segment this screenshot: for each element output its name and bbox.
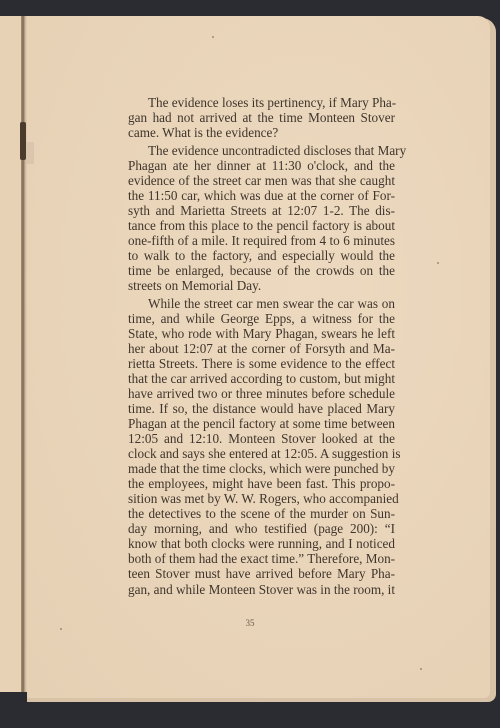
text-line: The evidence loses its pertinency, if Ma…	[108, 95, 395, 110]
paper-speck	[60, 628, 62, 630]
text-line: tance from this place to the pencil fact…	[108, 218, 395, 233]
text-line: made that the time clocks, which were pu…	[108, 461, 395, 476]
text-line: State, who rode with Mary Phagan, swears…	[108, 326, 395, 341]
text-line: gan, and while Monteen Stover was in the…	[108, 582, 395, 597]
text-line: day morning, and who testified (page 200…	[108, 521, 395, 536]
text-line: rietta Streets. There is some evidence t…	[108, 356, 395, 371]
text-line: time, and while George Epps, a witness f…	[108, 311, 395, 326]
text-line: the employees, might have been fast. Thi…	[108, 476, 395, 491]
text-line: one-fifth of a mile. It required from 4 …	[108, 233, 395, 248]
binding-tab	[26, 142, 34, 164]
paragraph-2: The evidence uncontradicted discloses th…	[108, 143, 395, 293]
text-line: her about 12:07 at the corner of Forsyth…	[108, 341, 395, 356]
text-line: both of them had the exact time.” Theref…	[108, 551, 395, 566]
text-line: gan had not arrived at the time Monteen …	[108, 110, 395, 125]
text-line: 12:05 and 12:10. Monteen Stover looked a…	[108, 431, 395, 446]
text-line: clock and says she entered at 12:05. A s…	[108, 446, 395, 461]
text-line: sition was met by W. W. Rogers, who acco…	[108, 491, 395, 506]
text-line: Phagan at the pencil factory at some tim…	[108, 416, 395, 431]
text-line: teen Stover must have arrived before Mar…	[108, 566, 395, 581]
text-line: streets on Memorial Day.	[108, 278, 395, 293]
text-line: While the street car men swear the car w…	[108, 296, 395, 311]
text-line: syth and Marietta Streets at 12:07 1-2. …	[108, 203, 395, 218]
paper-speck	[420, 668, 422, 670]
book-spine	[21, 16, 27, 692]
text-line: know that both clocks were running, and …	[108, 536, 395, 551]
paper-speck	[212, 36, 214, 38]
text-line: have arrived two or three minutes before…	[108, 386, 395, 401]
text-line: the detectives to the scene of the murde…	[108, 506, 395, 521]
page-number: 35	[240, 618, 260, 628]
text-line: came. What is the evidence?	[108, 125, 395, 140]
text-line: time. If so, the distance would have pla…	[108, 401, 395, 416]
text-line: The evidence uncontradicted discloses th…	[108, 143, 395, 158]
text-line: time be enlarged, because of the crowds …	[108, 263, 395, 278]
text-line: the 11:50 car, which was due at the corn…	[108, 188, 395, 203]
text-line: evidence of the street car men was that …	[108, 173, 395, 188]
text-line: Phagan ate her dinner at 11:30 o'clock, …	[108, 158, 395, 173]
paragraph-1: The evidence loses its pertinency, if Ma…	[108, 95, 395, 140]
body-text: The evidence loses its pertinency, if Ma…	[108, 95, 395, 599]
paper-speck	[437, 262, 439, 264]
text-line: to walk to the factory, and especially w…	[108, 248, 395, 263]
facing-page-edge	[0, 16, 23, 692]
text-line: that the car arrived according to custom…	[108, 371, 395, 386]
paragraph-3: While the street car men swear the car w…	[108, 296, 395, 597]
